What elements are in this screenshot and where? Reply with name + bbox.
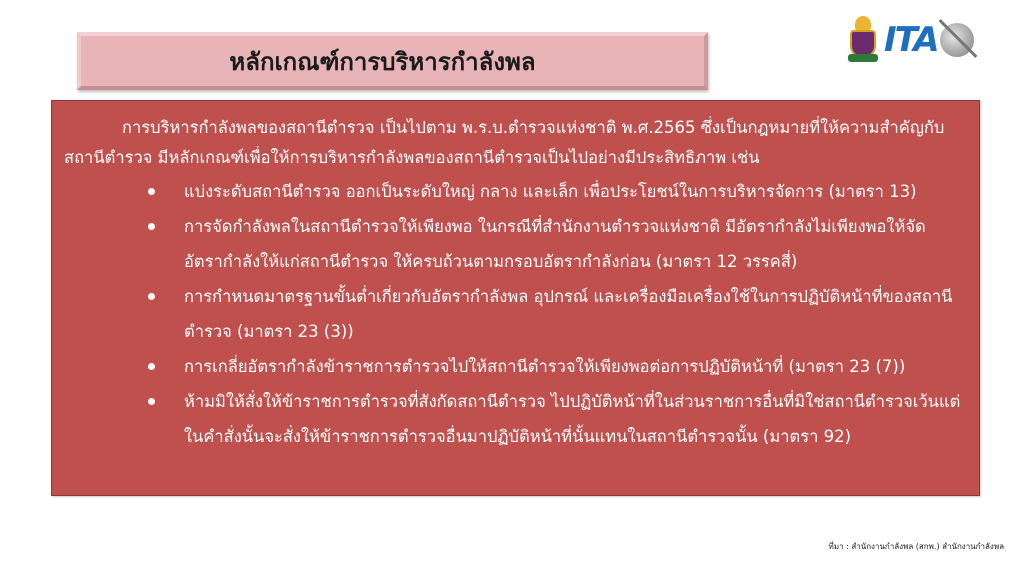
police-crest-icon [848, 16, 878, 64]
list-item-text: ห้ามมิให้สั่งให้ข้าราชการตำรวจที่สังกัดส… [184, 392, 960, 446]
list-item-text: การกำหนดมาตรฐานขั้นต่ำเกี่ยวกับอัตรากำลั… [184, 287, 952, 341]
logo-group: ITA [848, 12, 998, 68]
bullet-icon [148, 398, 155, 405]
bullet-icon [148, 188, 155, 195]
source-caption: ที่มา : สำนักงานกำลังพล (สกพ.) สำนักงานก… [829, 540, 1004, 553]
list-item-text: การเกลี่ยอัตรากำลังข้าราชการตำรวจไปให้สถ… [184, 357, 905, 376]
list-item: การเกลี่ยอัตรากำลังข้าราชการตำรวจไปให้สถ… [52, 349, 981, 384]
bullet-icon [148, 363, 155, 370]
ita-logo-icon: ITA [884, 20, 938, 60]
intro-paragraph: การบริหารกำลังพลของสถานีตำรวจ เป็นไปตาม … [64, 113, 969, 173]
list-item: แบ่งระดับสถานีตำรวจ ออกเป็นระดับใหญ่ กลา… [52, 174, 981, 209]
title-banner: หลักเกณฑ์การบริหารกำลังพล [77, 32, 708, 90]
bullet-icon [148, 223, 155, 230]
list-item: การกำหนดมาตรฐานขั้นต่ำเกี่ยวกับอัตรากำลั… [52, 279, 981, 349]
list-item-text: การจัดกำลังพลในสถานีตำรวจให้เพียงพอ ในกร… [184, 217, 926, 271]
slide: หลักเกณฑ์การบริหารกำลังพล ITA การบริหารก… [0, 0, 1024, 576]
page-title: หลักเกณฑ์การบริหารกำลังพล [229, 42, 535, 81]
content-panel: การบริหารกำลังพลของสถานีตำรวจ เป็นไปตาม … [51, 100, 980, 496]
criteria-list: แบ่งระดับสถานีตำรวจ ออกเป็นระดับใหญ่ กลา… [52, 174, 981, 454]
list-item-text: แบ่งระดับสถานีตำรวจ ออกเป็นระดับใหญ่ กลา… [184, 182, 917, 201]
bullet-icon [148, 293, 155, 300]
list-item: การจัดกำลังพลในสถานีตำรวจให้เพียงพอ ในกร… [52, 209, 981, 279]
list-item: ห้ามมิให้สั่งให้ข้าราชการตำรวจที่สังกัดส… [52, 384, 981, 454]
seal-magnifier-icon [940, 23, 974, 57]
